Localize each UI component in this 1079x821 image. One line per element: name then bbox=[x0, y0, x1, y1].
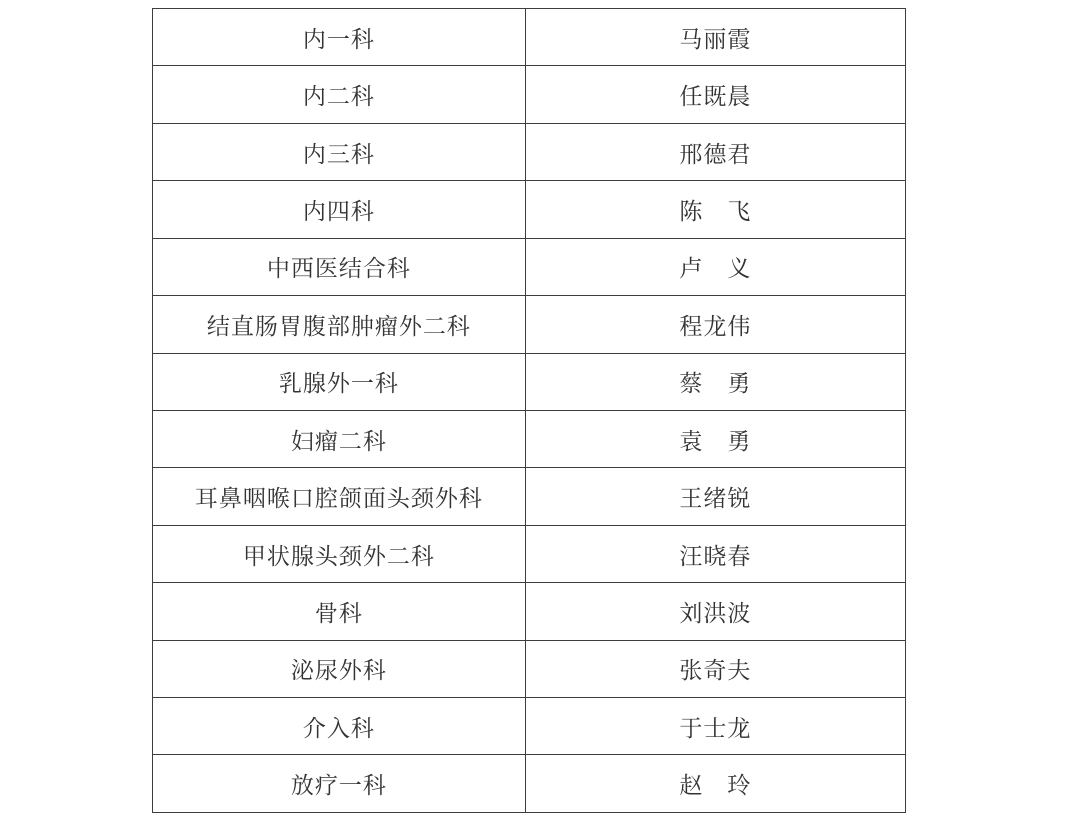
person-name-cell: 赵 玲 bbox=[525, 755, 905, 813]
table-row: 内二科 任既晨 bbox=[153, 66, 906, 123]
department-cell: 骨科 bbox=[153, 583, 526, 640]
department-cell: 乳腺外一科 bbox=[153, 353, 526, 410]
table-row: 放疗一科 赵 玲 bbox=[153, 755, 906, 813]
department-cell: 结直肠胃腹部肿瘤外二科 bbox=[153, 296, 526, 353]
department-cell: 泌尿外科 bbox=[153, 640, 526, 697]
person-name-cell: 卢 义 bbox=[525, 238, 905, 295]
table-row: 内一科 马丽霞 bbox=[153, 9, 906, 66]
person-name-cell: 张奇夫 bbox=[525, 640, 905, 697]
department-chief-table: 内一科 马丽霞 内二科 任既晨 内三科 邢德君 内四科 陈 飞 中西医结合科 卢… bbox=[152, 8, 906, 813]
table-row: 结直肠胃腹部肿瘤外二科 程龙伟 bbox=[153, 296, 906, 353]
table-row: 耳鼻咽喉口腔颌面头颈外科 王绪锐 bbox=[153, 468, 906, 525]
department-cell: 内一科 bbox=[153, 9, 526, 66]
person-name-cell: 蔡 勇 bbox=[525, 353, 905, 410]
person-name-cell: 刘洪波 bbox=[525, 583, 905, 640]
table-row: 中西医结合科 卢 义 bbox=[153, 238, 906, 295]
table-row: 妇瘤二科 袁 勇 bbox=[153, 410, 906, 467]
person-name-cell: 于士龙 bbox=[525, 698, 905, 755]
table-row: 乳腺外一科 蔡 勇 bbox=[153, 353, 906, 410]
table-row: 介入科 于士龙 bbox=[153, 698, 906, 755]
department-cell: 放疗一科 bbox=[153, 755, 526, 813]
table-row: 骨科 刘洪波 bbox=[153, 583, 906, 640]
person-name-cell: 袁 勇 bbox=[525, 410, 905, 467]
department-cell: 内四科 bbox=[153, 181, 526, 238]
department-cell: 甲状腺头颈外二科 bbox=[153, 525, 526, 582]
table-row: 内四科 陈 飞 bbox=[153, 181, 906, 238]
table-row: 内三科 邢德君 bbox=[153, 123, 906, 180]
department-cell: 内三科 bbox=[153, 123, 526, 180]
department-cell: 耳鼻咽喉口腔颌面头颈外科 bbox=[153, 468, 526, 525]
document-page: 内一科 马丽霞 内二科 任既晨 内三科 邢德君 内四科 陈 飞 中西医结合科 卢… bbox=[0, 0, 1079, 821]
person-name-cell: 汪晓春 bbox=[525, 525, 905, 582]
table-body: 内一科 马丽霞 内二科 任既晨 内三科 邢德君 内四科 陈 飞 中西医结合科 卢… bbox=[153, 9, 906, 813]
person-name-cell: 陈 飞 bbox=[525, 181, 905, 238]
department-cell: 介入科 bbox=[153, 698, 526, 755]
department-cell: 中西医结合科 bbox=[153, 238, 526, 295]
department-cell: 内二科 bbox=[153, 66, 526, 123]
person-name-cell: 马丽霞 bbox=[525, 9, 905, 66]
person-name-cell: 程龙伟 bbox=[525, 296, 905, 353]
table-row: 甲状腺头颈外二科 汪晓春 bbox=[153, 525, 906, 582]
person-name-cell: 邢德君 bbox=[525, 123, 905, 180]
department-cell: 妇瘤二科 bbox=[153, 410, 526, 467]
table-row: 泌尿外科 张奇夫 bbox=[153, 640, 906, 697]
person-name-cell: 王绪锐 bbox=[525, 468, 905, 525]
person-name-cell: 任既晨 bbox=[525, 66, 905, 123]
